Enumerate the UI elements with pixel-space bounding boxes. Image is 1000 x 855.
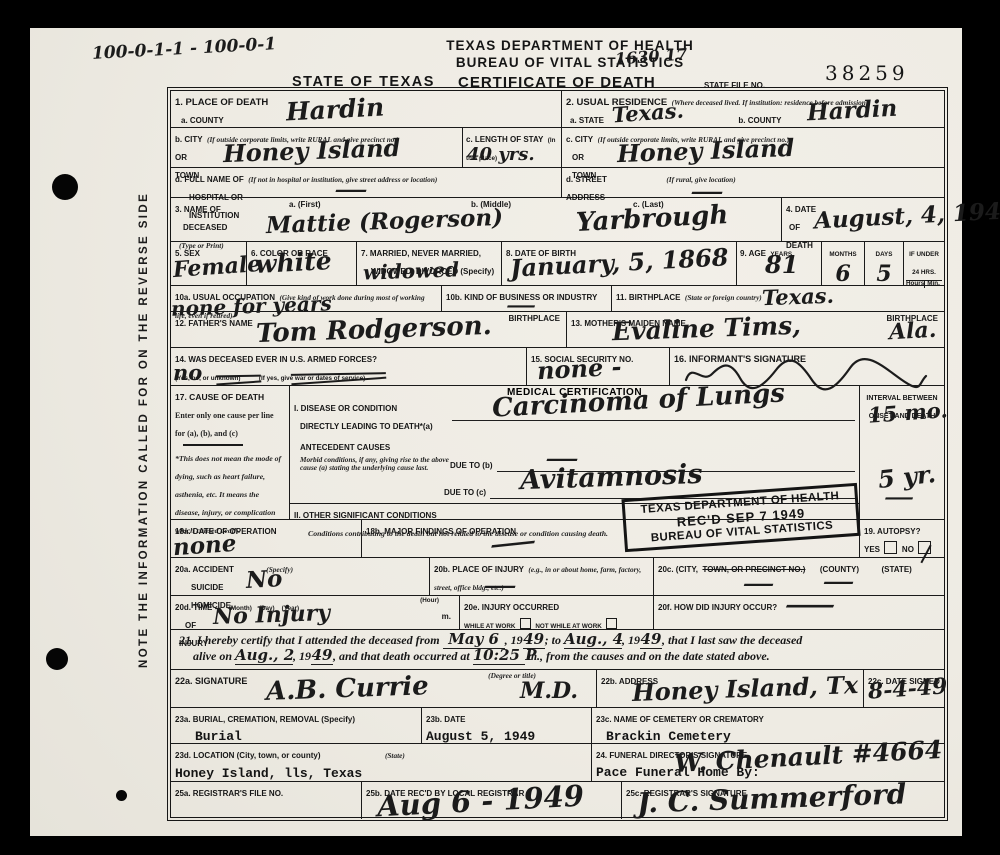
registrar-signature-cell: 25c. REGISTRAR'S SIGNATURE J. C. Summerf… bbox=[621, 782, 944, 819]
autopsy-yes-checkbox bbox=[884, 541, 897, 554]
fathers-name-value: Tom Rodgerson. bbox=[256, 315, 492, 347]
injury-city-county-state-cell: 20c. (CITY, TOWN, OR PRECINCT NO.) (COUN… bbox=[653, 558, 944, 595]
certify-text-8: m., from the causes and on the date stat… bbox=[528, 649, 770, 663]
residence-state-value: Texas. bbox=[611, 102, 684, 126]
name-of-deceased-cell: 3. NAME OF DECEASED (Type or Print) a. (… bbox=[171, 198, 781, 241]
time-of-injury-label: 20d. TIME bbox=[175, 603, 212, 612]
residence-county-label: b. COUNTY bbox=[738, 116, 781, 125]
registrar-signature-value: J. C. Summerford bbox=[637, 781, 907, 816]
other-conditions-label: II. OTHER SIGNIFICANT CONDITIONS bbox=[294, 511, 437, 520]
certify-attended-to: Aug., 4 bbox=[564, 630, 623, 648]
interval-column: INTERVAL BETWEEN ONSET AND DEATH 15 mo. … bbox=[859, 386, 944, 519]
armed-forces-cell: 14. WAS DECEASED EVER IN U.S. ARMED FORC… bbox=[171, 348, 526, 385]
hole-punch-mark bbox=[46, 648, 68, 670]
residence-city-label: c. CITY bbox=[566, 135, 593, 144]
ssn-cell: 15. SOCIAL SECURITY NO. none - bbox=[526, 348, 669, 385]
autopsy-yes-label: YES bbox=[864, 545, 880, 554]
city-value: Honey Island bbox=[223, 137, 401, 165]
hospital-value: — bbox=[334, 180, 368, 198]
place-of-injury-cell: 20b. PLACE OF INJURY (e.g., in or about … bbox=[429, 558, 653, 595]
burial-date-value: August 5, 1949 bbox=[426, 729, 535, 744]
autopsy-label: 19. AUTOPSY? bbox=[864, 527, 920, 536]
residence-or-label: OR bbox=[572, 153, 584, 162]
line-a-tag: (a) bbox=[423, 422, 433, 431]
date-signed-cell: 22c. DATE SIGNED 8-4-49 bbox=[863, 670, 944, 707]
sex-cell: 5. SEX Female bbox=[171, 242, 246, 285]
physician-signature-value: A.B. Currie bbox=[266, 675, 429, 704]
autopsy-cell: 19. AUTOPSY? YES NO bbox=[859, 520, 944, 557]
disease-condition-label2: DIRECTLY LEADING TO DEATH* bbox=[300, 422, 423, 431]
place-of-death-title: 1. PLACE OF DEATH bbox=[175, 97, 268, 108]
certificate-title: CERTIFICATE OF DEATH bbox=[458, 74, 656, 91]
fathers-name-label: 12. FATHER'S NAME bbox=[175, 319, 253, 328]
date-received-value: Aug 6 - 1949 bbox=[376, 783, 584, 820]
accident-label: 20a. ACCIDENT bbox=[175, 565, 234, 574]
due-to-b-label: DUE TO (b) bbox=[450, 461, 493, 470]
injury-county-value: — bbox=[742, 576, 774, 593]
certify-statement-cell: 21. I hereby certify that I attended the… bbox=[171, 630, 944, 669]
street-address-label: d. STREET bbox=[566, 175, 607, 184]
length-of-stay-value: 40 yrs. bbox=[467, 147, 535, 163]
hole-punch-mark bbox=[52, 174, 78, 200]
certificate-form: 1. PLACE OF DEATH a. COUNTY Hardin b. CI… bbox=[170, 90, 945, 818]
how-injury-occurred-value: — bbox=[784, 596, 837, 616]
while-at-work-checkbox bbox=[520, 618, 531, 629]
date-of-death-value: August, 4, 1949. bbox=[814, 200, 1000, 232]
major-findings-value: — bbox=[488, 532, 538, 557]
last-name-value: Yarbrough bbox=[575, 204, 728, 235]
accident-value: No bbox=[245, 569, 282, 592]
date-signed-value: 8-4-49 bbox=[867, 677, 948, 702]
age-label: 9. AGE bbox=[740, 249, 766, 258]
death-certificate-scan: NOTE THE INFORMATION CALLED FOR ON THE R… bbox=[30, 28, 962, 836]
or-label: OR bbox=[175, 153, 187, 162]
time-of-injury-hour: (Hour) bbox=[420, 598, 439, 605]
not-while-at-work-label: NOT WHILE AT WORK bbox=[535, 623, 601, 630]
certify-text-7: , and that death occurred at bbox=[333, 649, 470, 663]
age-under24-label: IF UNDER 24 HRS. bbox=[909, 251, 939, 276]
burial-location-state-label: (State) bbox=[385, 751, 405, 760]
date-of-death-label: 4. DATE bbox=[786, 205, 816, 214]
first-name-value: Mattie (Rogerson) bbox=[266, 208, 504, 237]
name-title2: DECEASED bbox=[183, 223, 227, 232]
date-of-birth-cell: 8. DATE OF BIRTH January, 5, 1868 bbox=[501, 242, 736, 285]
certify-last-seen-year: 49 bbox=[312, 646, 333, 664]
burial-location-value: Honey Island, lls, Texas bbox=[175, 766, 362, 781]
cause-of-death-left-column: 17. CAUSE OF DEATH Enter only one cause … bbox=[171, 386, 289, 519]
color-race-value: white bbox=[254, 250, 332, 276]
how-injury-occurred-label: 20f. HOW DID INJURY OCCUR? bbox=[658, 603, 777, 612]
residence-city-value: Honey Island bbox=[617, 137, 795, 165]
ink-blot bbox=[116, 790, 127, 801]
first-name-label: a. (First) bbox=[289, 200, 321, 209]
physician-signature-cell: 22a. SIGNATURE (Degree or title) A.B. Cu… bbox=[171, 670, 596, 707]
disease-condition-label: I. DISEASE OR CONDITION bbox=[294, 404, 397, 413]
age-months-value: 6 bbox=[824, 265, 862, 285]
injury-occurred-cell: 20e. INJURY OCCURRED WHILE AT WORK NOT W… bbox=[459, 596, 653, 629]
birthplace-label: 11. BIRTHPLACE bbox=[616, 293, 680, 302]
funeral-director-signature: W. Chenault #4664 bbox=[673, 739, 942, 776]
place-of-injury-value: — bbox=[483, 576, 517, 594]
date-of-operation-value: none bbox=[172, 534, 237, 559]
state-of-texas-title: STATE OF TEXAS bbox=[292, 74, 435, 90]
registrar-file-no-cell: 25a. REGISTRAR'S FILE NO. bbox=[171, 782, 361, 819]
certify-text-2: , 19 bbox=[505, 633, 523, 647]
while-at-work-label: WHILE AT WORK bbox=[464, 623, 515, 630]
marital-status-cell: 7. MARRIED, NEVER MARRIED, WIDOWED, DIVO… bbox=[356, 242, 501, 285]
burial-value: Burial bbox=[195, 729, 242, 744]
not-while-at-work-checkbox bbox=[606, 618, 617, 629]
scanned-page-background: { "header": { "code_hw": "100-0-1-1 - 10… bbox=[0, 0, 1000, 855]
residence-county-value: Hardin bbox=[807, 99, 898, 124]
time-of-injury-label2: OF bbox=[185, 621, 196, 630]
mothers-name-value: Evaline Tims, bbox=[612, 315, 802, 344]
suicide-label: SUICIDE bbox=[191, 583, 223, 592]
state-file-number: 38259 bbox=[825, 61, 909, 85]
age-days-value: 5 bbox=[867, 265, 901, 285]
degree-value: M.D. bbox=[520, 682, 578, 702]
age-years-value: 81 bbox=[765, 254, 798, 276]
injury-city-label: 20c. (CITY, bbox=[658, 565, 698, 574]
informant-cell: 16. INFORMANT'S SIGNATURE bbox=[669, 348, 944, 385]
usual-residence-section: 2. USUAL RESIDENCE (Where deceased lived… bbox=[561, 91, 944, 197]
mothers-name-cell: 13. MOTHER'S MAIDEN NAME BIRTHPLACE Eval… bbox=[566, 312, 944, 347]
certify-text-4: , 19 bbox=[622, 633, 640, 647]
name-title: 3. NAME OF bbox=[175, 205, 221, 214]
certify-to-year: 49 bbox=[641, 630, 662, 648]
date-received-cell: 25b. DATE REC'D BY LOCAL REGISTRAR Aug 6… bbox=[361, 782, 621, 819]
cause-of-death-instruction: Enter only one cause per line for (a), (… bbox=[175, 411, 274, 438]
age-months-label: MONTHS bbox=[829, 251, 856, 258]
registrar-file-no-label: 25a. REGISTRAR'S FILE NO. bbox=[175, 789, 283, 798]
morbid-conditions-note: Morbid conditions, if any, giving rise t… bbox=[294, 456, 450, 472]
occupation-cell: 10a. USUAL OCCUPATION (Give kind of work… bbox=[171, 286, 441, 311]
cause-line-a: I. DISEASE OR CONDITION DIRECTLY LEADING… bbox=[290, 398, 859, 434]
county-label: a. COUNTY bbox=[181, 116, 224, 125]
reverse-side-note: NOTE THE INFORMATION CALLED FOR ON THE R… bbox=[138, 196, 150, 668]
address-value: Honey Island, Tx bbox=[632, 674, 859, 703]
certify-text-5b: alive on bbox=[193, 649, 232, 663]
date-of-birth-value: January, 5, 1868 bbox=[510, 246, 729, 279]
autopsy-no-checkbox bbox=[918, 541, 931, 554]
marital-value: widowed bbox=[363, 260, 460, 281]
accident-suicide-homicide-cell: 20a. ACCIDENT (Specify) SUICIDE HOMICIDE… bbox=[171, 558, 429, 595]
physician-address-cell: 22b. ADDRESS Honey Island, Tx bbox=[596, 670, 863, 707]
injury-occurred-label: 20e. INJURY OCCURRED bbox=[464, 603, 559, 612]
business-industry-cell: 10b. KIND OF BUSINESS OR INDUSTRY — bbox=[441, 286, 611, 311]
cemetery-value: Brackin Cemetery bbox=[606, 729, 731, 744]
injury-state-label: (STATE) bbox=[881, 565, 911, 574]
cemetery-label: 23c. NAME OF CEMETERY OR CREMATORY bbox=[596, 715, 764, 724]
burial-location-label: 23d. LOCATION (City, town, or county) bbox=[175, 751, 320, 760]
residence-state-label: a. STATE bbox=[570, 116, 604, 125]
age-days-label: DAYS bbox=[876, 251, 893, 258]
fathers-name-cell: 12. FATHER'S NAME BIRTHPLACE Tom Rodgers… bbox=[171, 312, 566, 347]
burial-date-cell: 23b. DATE August 5, 1949 bbox=[421, 708, 591, 743]
struck-out-scribble bbox=[216, 370, 262, 385]
interval-ii-value: — bbox=[884, 490, 915, 506]
time-of-injury-m: m. bbox=[442, 612, 451, 621]
birthplace-value: Texas. bbox=[762, 287, 834, 308]
armed-forces-value: no bbox=[173, 364, 202, 383]
certify-text-5: , that I last saw the deceased bbox=[662, 633, 802, 647]
burial-label: 23a. BURIAL, CREMATION, REMOVAL (Specify… bbox=[175, 715, 355, 724]
state-file-no-label: STATE FILE NO. bbox=[704, 81, 765, 90]
how-injury-occurred-cell: 20f. HOW DID INJURY OCCUR? — bbox=[653, 596, 944, 629]
burial-date-label: 23b. DATE bbox=[426, 715, 465, 724]
signature-label: 22a. SIGNATURE bbox=[175, 676, 247, 686]
marital-label: 7. MARRIED, NEVER MARRIED, bbox=[361, 249, 481, 258]
time-of-injury-cell: 20d. TIME (Month) (Day) (Year) (Hour) OF… bbox=[171, 596, 459, 629]
armed-forces-label: 14. WAS DECEASED EVER IN U.S. ARMED FORC… bbox=[175, 355, 377, 364]
certify-text-1: 21. I hereby certify that I attended the… bbox=[179, 633, 440, 647]
certify-last-seen: Aug., 2 bbox=[235, 646, 294, 664]
color-race-cell: 6. COLOR OR RACE white bbox=[246, 242, 356, 285]
time-of-injury-value: No Injury bbox=[213, 604, 331, 628]
funeral-director-cell: 24. FUNERAL DIRECTOR'S SIGNATURE Pace Fu… bbox=[591, 744, 944, 781]
interval-a-value: 15 mo. bbox=[867, 401, 948, 425]
hospital-label: d. FULL NAME OF bbox=[175, 175, 244, 184]
city-label: b. CITY bbox=[175, 135, 203, 144]
mother-birthplace-value: Ala. bbox=[888, 321, 936, 343]
length-of-stay-label: c. LENGTH OF STAY bbox=[466, 135, 543, 144]
certify-text-6: , 19 bbox=[293, 649, 311, 663]
burial-cell: 23a. BURIAL, CREMATION, REMOVAL (Specify… bbox=[171, 708, 421, 743]
cause-c-value: Avitamnosis bbox=[520, 463, 703, 494]
date-of-death-label2: OF bbox=[789, 223, 800, 232]
due-to-c-label: DUE TO (c) bbox=[444, 488, 486, 497]
antecedent-causes-label: ANTECEDENT CAUSES bbox=[300, 443, 390, 452]
cause-of-death-label: 17. CAUSE OF DEATH bbox=[175, 392, 264, 402]
handwritten-number: 1630 17 bbox=[615, 47, 688, 66]
burial-location-cell: 23d. LOCATION (City, town, or county) (S… bbox=[171, 744, 591, 781]
place-of-death-section: 1. PLACE OF DEATH a. COUNTY Hardin b. CI… bbox=[171, 91, 561, 197]
handwritten-code: 100-0-1-1 - 100-0-1 bbox=[92, 37, 277, 62]
birthplace-note: (State or foreign country) bbox=[685, 293, 762, 302]
date-of-death-cell: 4. DATE OF DEATH August, 4, 1949. bbox=[781, 198, 944, 241]
date-of-operation-cell: 18a. DATE OF OPERATION none bbox=[171, 520, 361, 557]
autopsy-no-label: NO bbox=[902, 545, 914, 554]
struck-out-scribble bbox=[291, 367, 387, 386]
injury-state-value: — bbox=[822, 574, 854, 591]
age-cell: 9. AGE YEARS 81 MONTHS 6 DAYS 5 IF UNDER… bbox=[736, 242, 944, 285]
father-birthplace-label: BIRTHPLACE bbox=[508, 314, 560, 323]
certify-text-3: ; to bbox=[545, 633, 561, 647]
ssn-value: none - bbox=[536, 356, 622, 382]
birthplace-cell: 11. BIRTHPLACE (State or foreign country… bbox=[611, 286, 944, 311]
county-value: Hardin bbox=[285, 96, 384, 124]
